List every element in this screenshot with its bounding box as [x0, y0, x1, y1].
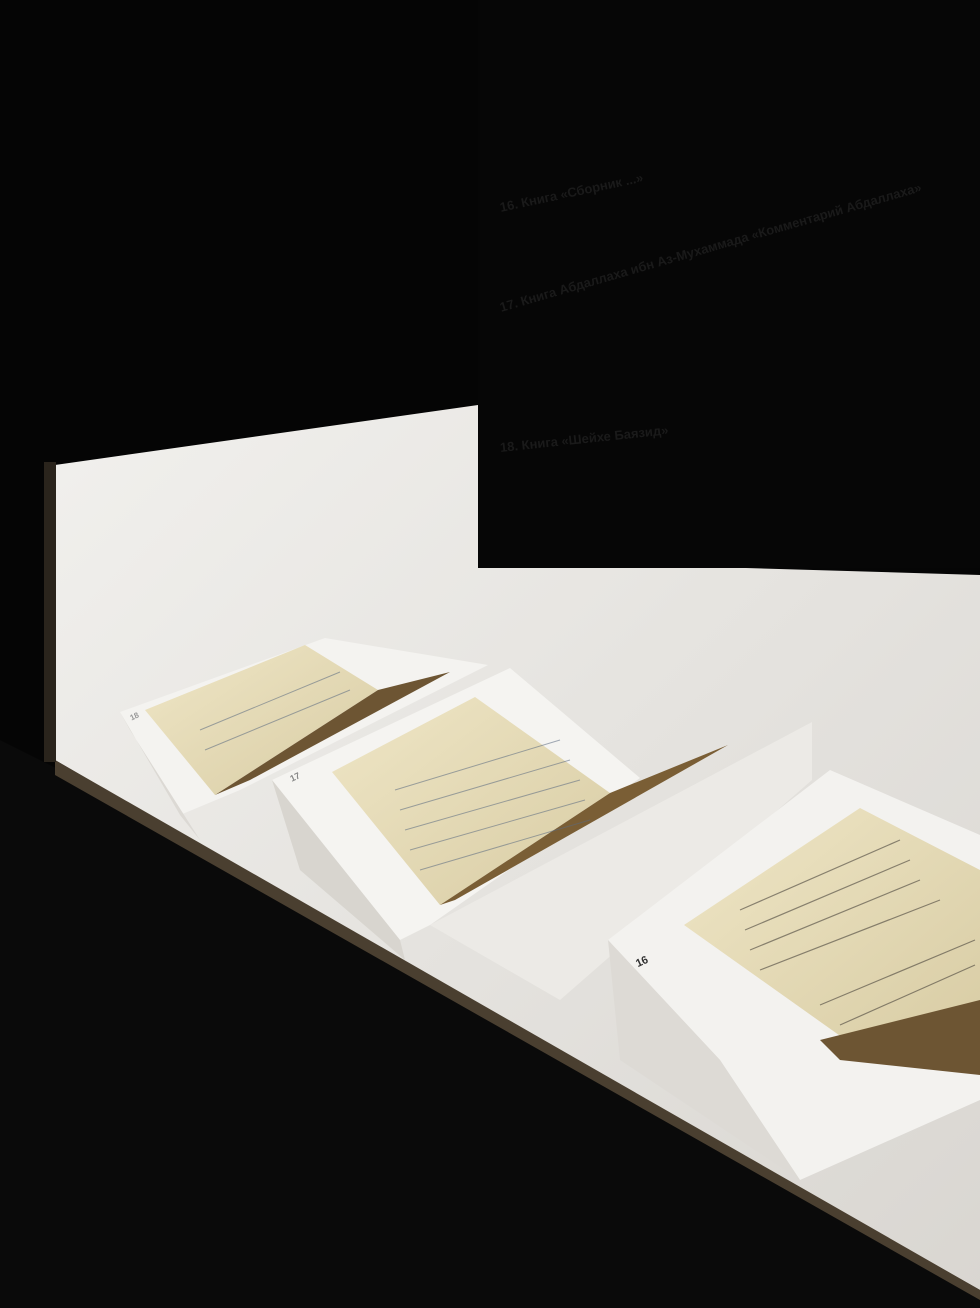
label-entry-18: 18. Книга «Шейхе Баязид» [499, 422, 669, 455]
label-entry-16: 16. Книга «Сборник ...» [498, 170, 644, 215]
exhibit-label-panel: 16. Книга «Сборник ...» 17. Книга Абдалл… [478, 0, 980, 568]
